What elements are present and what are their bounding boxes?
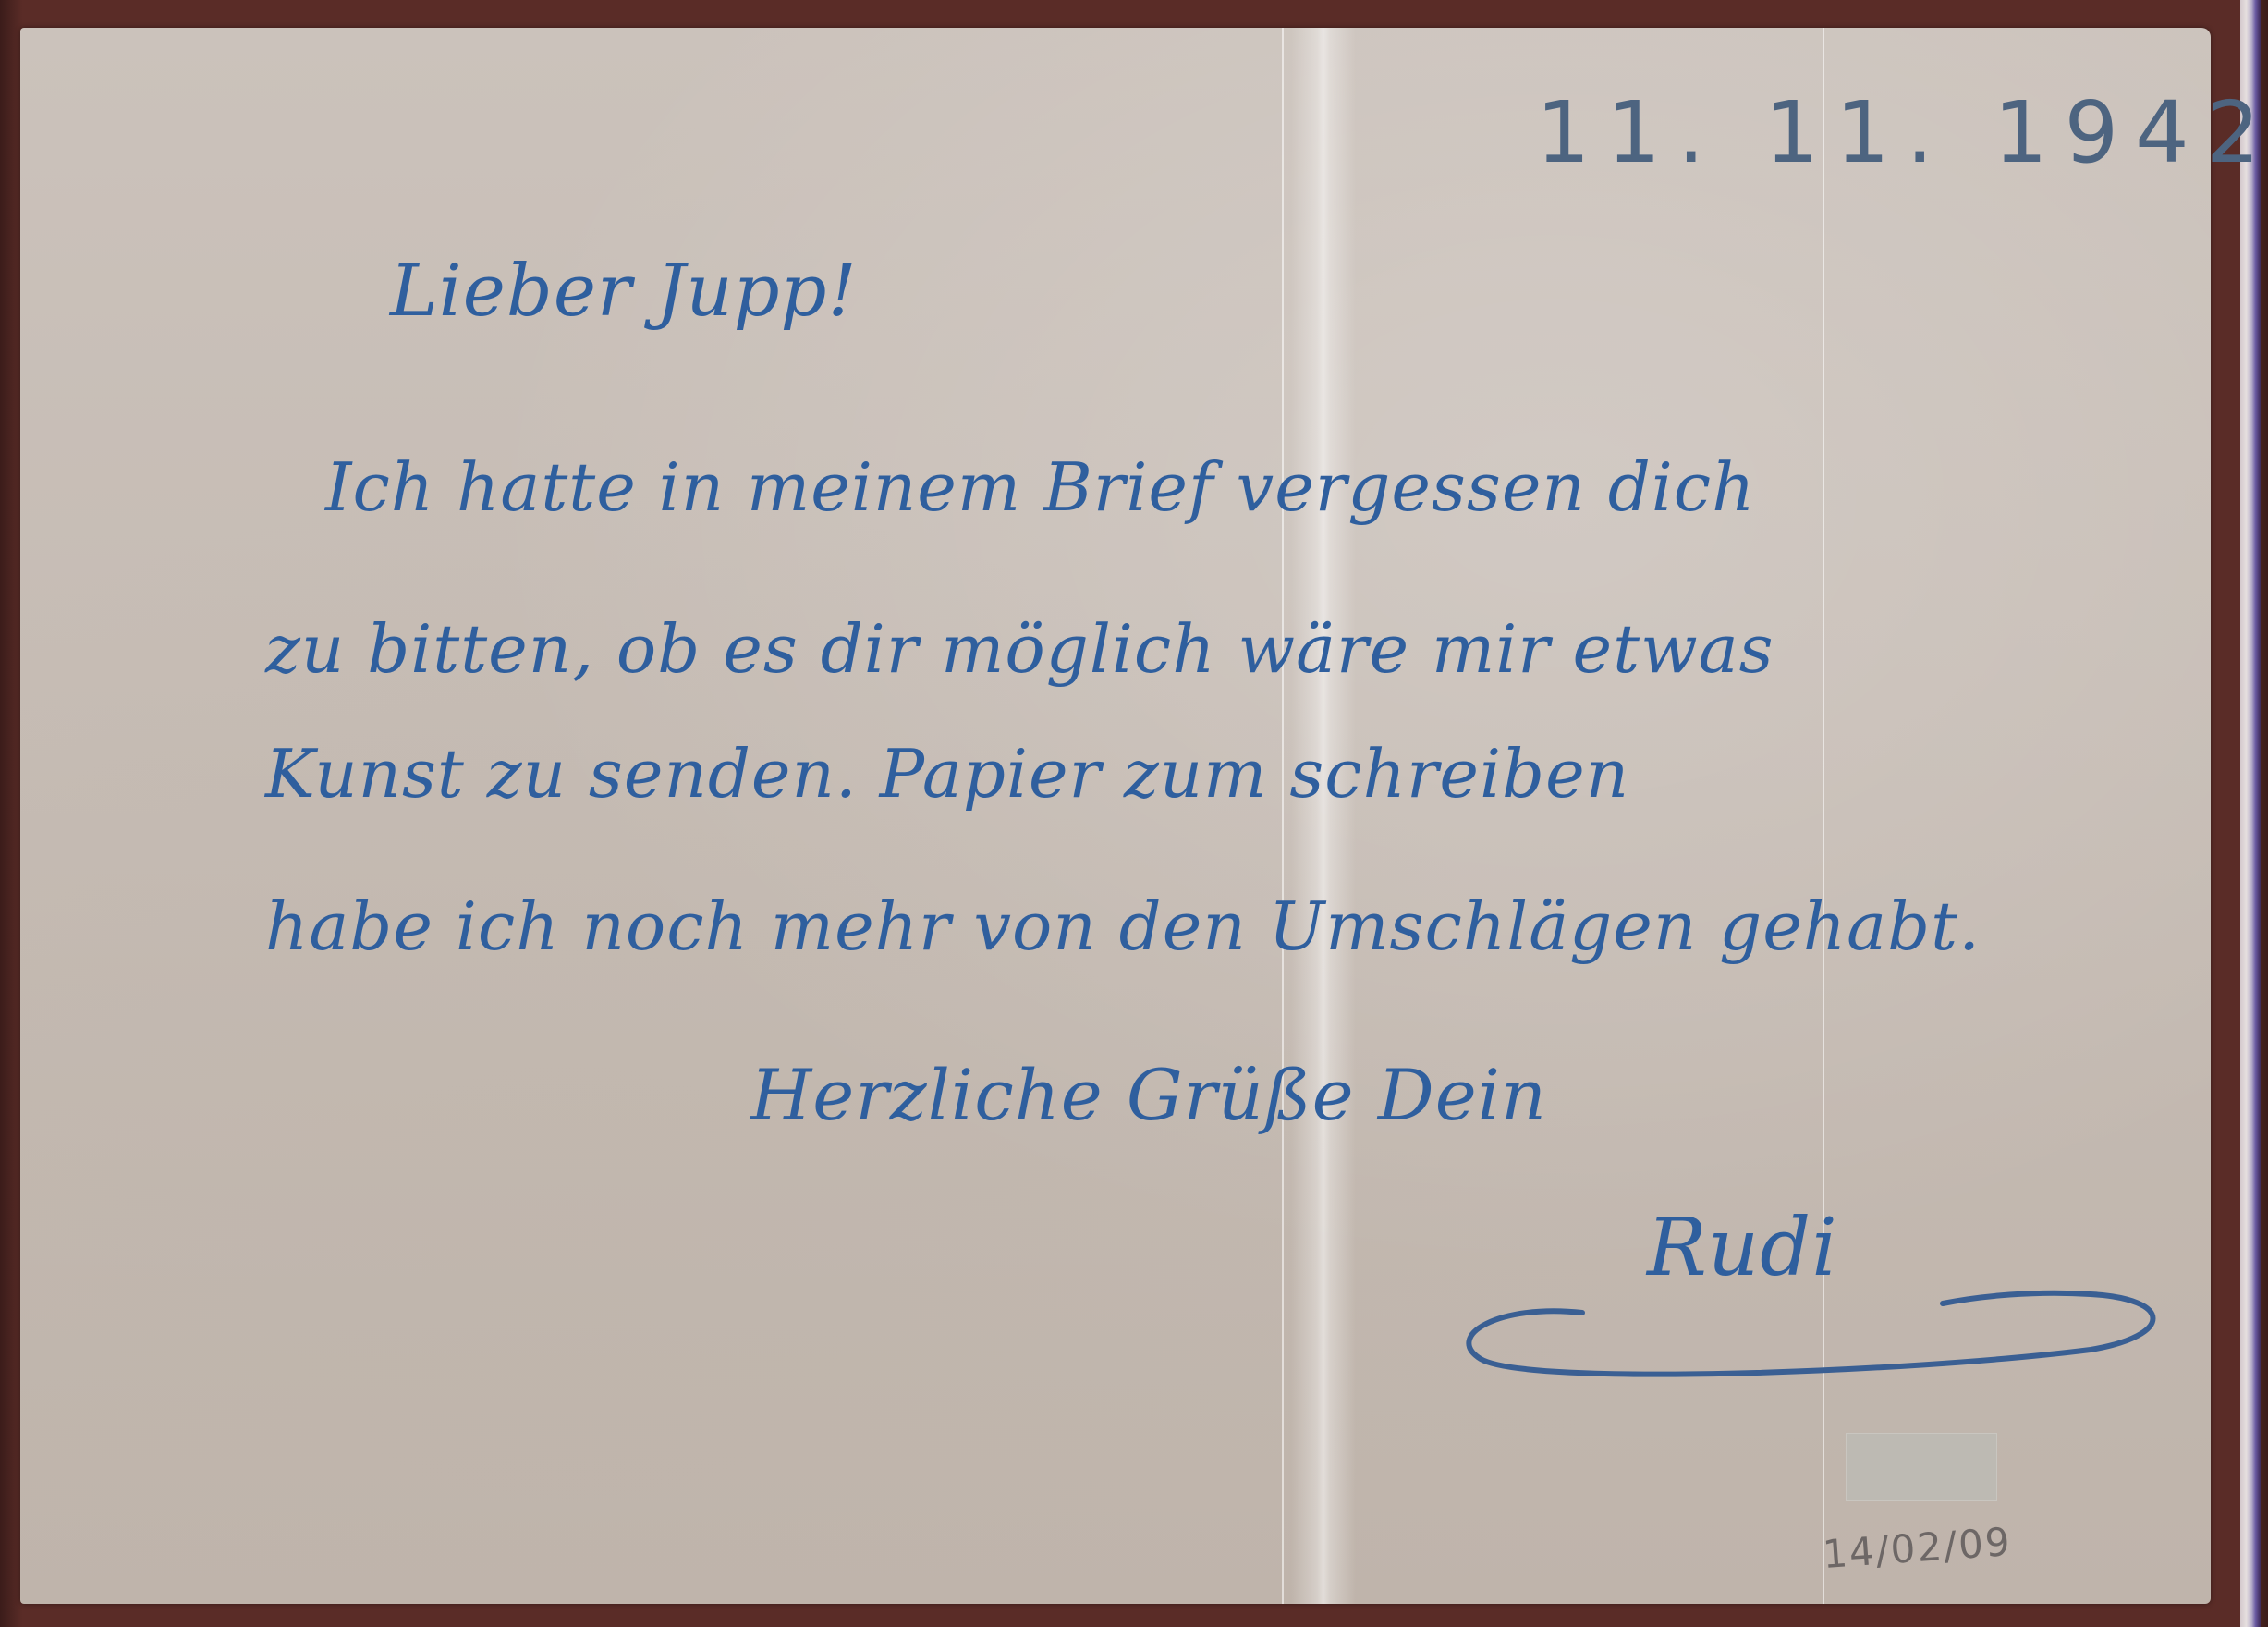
redaction-box [1846, 1433, 1997, 1501]
closing: Herzliche Grüße Dein [750, 1054, 1547, 1136]
archive-pencil-mark: 14/02/09 [1822, 1519, 2014, 1577]
body-line: Ich hatte in meinem Brief vergessen dich [325, 448, 1756, 526]
letter-paper: 11. 11. 1942 Lieber Jupp! Ich hatte in m… [20, 28, 2211, 1604]
tape-strip [1291, 28, 1356, 1604]
letter-date: 11. 11. 1942 [1536, 83, 2268, 182]
body-line: zu bitten, ob es dir möglich wäre mir et… [265, 610, 1774, 688]
sleeve-crease-line [1282, 28, 1284, 1604]
body-line: Kunst zu senden. Papier zum schreiben [265, 735, 1629, 813]
body-line: habe ich noch mehr von den Umschlägen ge… [265, 887, 1981, 965]
signature-flourish-icon [1444, 1285, 2164, 1387]
glass-reflection [2240, 0, 2261, 1627]
salutation: Lieber Jupp! [390, 250, 858, 333]
signature: Rudi [1647, 1202, 1838, 1294]
